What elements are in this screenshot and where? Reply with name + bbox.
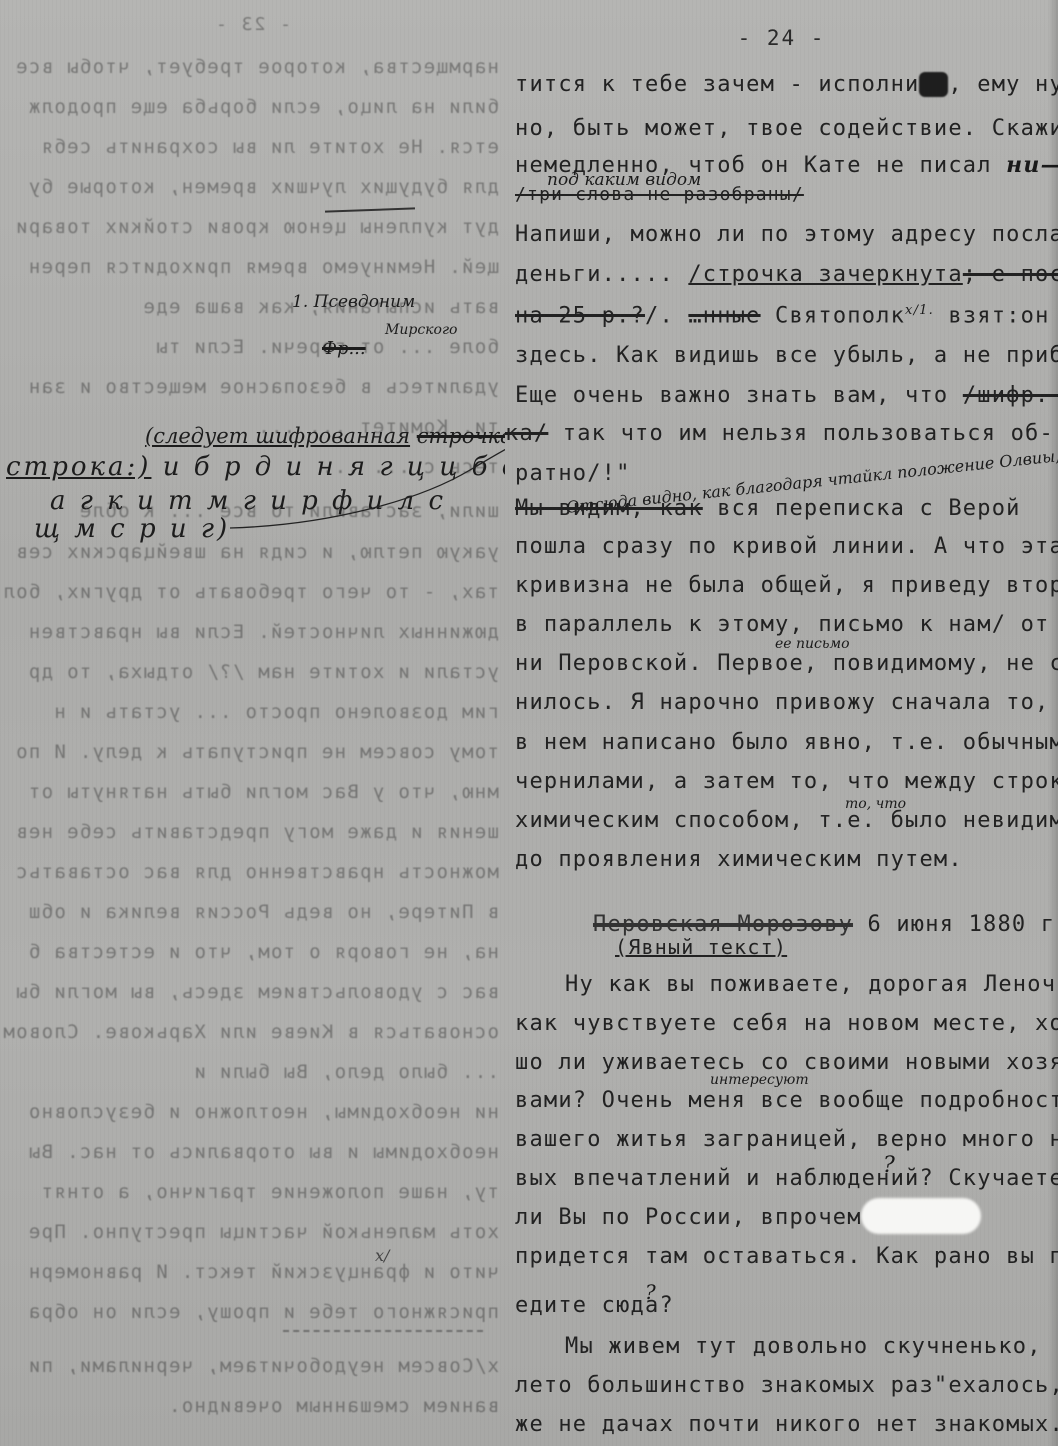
letter-line: вами? Очень меня все вообще подробности bbox=[515, 1088, 1058, 1113]
page-edge-shadow bbox=[1048, 0, 1058, 1446]
text-line: до проявления химическим путем. bbox=[515, 847, 963, 872]
struck-text: Мы видим, как bbox=[515, 496, 703, 521]
line-text: Святополк bbox=[761, 303, 905, 328]
line-text: /. bbox=[645, 303, 688, 328]
struck-heading: Перовская Морозову bbox=[593, 912, 853, 937]
right-page: - 24 - тится к тебе зачем - исполнить, е… bbox=[505, 0, 1058, 1446]
ghost-line: х/Совсем неудобочитаем, чернилами, пи bbox=[28, 1355, 499, 1377]
ghost-line: гим дозволено просто ... устать и н bbox=[53, 701, 499, 723]
line-text: тится к тебе зачем - исполни bbox=[515, 72, 919, 97]
line-text: так что им нельзя пользоваться об- bbox=[548, 421, 1054, 446]
letter-line: же не дачах почти никого нет знакомых. bbox=[515, 1412, 1058, 1437]
text-line: ни Перовской. Первое, повидимому, не сох… bbox=[515, 651, 1058, 676]
right-page-number: - 24 - bbox=[505, 26, 1058, 50]
text-line: в параллель к этому, письмо к нам/ от Со… bbox=[515, 612, 1058, 637]
letter-subtitle-text: (Явный текст) bbox=[615, 935, 787, 959]
cipher-connector-line bbox=[0, 0, 505, 560]
struck-text: /шифр. стро bbox=[963, 383, 1058, 408]
line-tail: , ему нуж bbox=[948, 72, 1058, 97]
text-line: чернилами, а затем то, что между строк - bbox=[515, 769, 1058, 794]
whiteout-damage bbox=[861, 1198, 981, 1234]
ghost-line: ... было дело, Вы были и bbox=[193, 1061, 499, 1083]
ghost-line: вас с удовольствием здесь, вы могли бы bbox=[15, 981, 499, 1003]
line-tail: взят:он уже bbox=[934, 303, 1058, 328]
letter-subtitle: (Явный текст) bbox=[615, 935, 787, 959]
struck-text: …нные bbox=[688, 303, 760, 328]
text-line: ратно/!" bbox=[515, 461, 631, 486]
ghost-line: ту, наше положение трагично, а отнят bbox=[40, 1181, 499, 1203]
handwritten-above-line: ее письмо bbox=[775, 636, 850, 652]
ghost-line: ни необходимы, неотложно и безусловно bbox=[28, 1101, 499, 1123]
text-line: Напиши, можно ли по этому адресу послать bbox=[515, 222, 1058, 247]
dashed-rule bbox=[283, 1330, 483, 1332]
letter-line: Мы живем тут довольно скучненько, на bbox=[565, 1334, 1058, 1359]
margin-mark: x/ bbox=[375, 1246, 389, 1265]
text-line: деньги..... /строчка зачеркнута; е посы- bbox=[515, 262, 1058, 287]
ghost-line: тому совсем не приступать к делу. И по bbox=[15, 741, 499, 763]
text-line: кривизна не была общей, я приведу второе bbox=[515, 573, 1058, 598]
letter-line: вашего житья заграницей, верно много но- bbox=[515, 1127, 1058, 1152]
text-line: в нем написано было явно, т.е. обычными bbox=[515, 730, 1058, 755]
struck-typed-line: /три слова не разобраны/ bbox=[515, 184, 804, 205]
text-line: ка/ так что им нельзя пользоваться об- bbox=[505, 421, 1054, 446]
letter-heading: Перовская Морозову 6 июня 1880 г. bbox=[593, 912, 1058, 937]
ghost-line: на, не говоря о том, что и естества б bbox=[28, 941, 499, 963]
struck-text: ; е посы- bbox=[963, 262, 1058, 287]
letter-line: вых впечатлений и наблюдений? Скучаете bbox=[515, 1166, 1058, 1191]
text-line: пошла сразу по кривой линии. А что эта bbox=[515, 534, 1058, 559]
letter-line: лето большинство знакомых раз"ехалось, д… bbox=[515, 1373, 1058, 1398]
handwritten-insertion: интересуют bbox=[710, 1072, 809, 1088]
letter-line: придется там оставаться. Как рано вы при… bbox=[515, 1244, 1058, 1269]
text-line: нилось. Я нарочно привожу сначала то, чт… bbox=[515, 690, 1058, 715]
ghost-line: присяжного тебе и прошу, если он обра bbox=[28, 1301, 499, 1323]
text-line: Еще очень важно знать вам, что /шифр. ст… bbox=[515, 383, 1058, 408]
ghost-line: шения и даже могу представить себе нев bbox=[15, 821, 499, 843]
scanned-document-sheet: - 23 - нармщества, которое требует, чтоб… bbox=[0, 0, 1058, 1446]
letter-line: как чувствуете себя на новом месте, хоро… bbox=[515, 1011, 1058, 1036]
struck-text: на 25 р.? bbox=[515, 303, 645, 328]
text-line: тится к тебе зачем - исполнить, ему нуж bbox=[515, 72, 1058, 97]
ghost-line: мню, что у Вас могли быть натянуты от bbox=[28, 781, 499, 803]
left-page-bleed-through: - 23 - нармщества, которое требует, чтоб… bbox=[0, 0, 505, 1446]
ghost-line: дюжинных личностей. Если вы нравствен bbox=[28, 621, 499, 643]
line-text: вся переписка с Верой bbox=[703, 496, 1021, 521]
text-line: здесь. Как видишь все убыль, а не прибыл… bbox=[515, 343, 1058, 368]
text-line: но, быть может, твое содействие. Скажи е… bbox=[515, 116, 1058, 141]
letter-line: Ну как вы поживаете, дорогая Леночка, bbox=[565, 972, 1058, 997]
letter-date: 6 июня 1880 г. bbox=[867, 912, 1058, 937]
struck-text: ка/ bbox=[505, 421, 548, 446]
ghost-line: в Питере, но ведь Россия велика и обш bbox=[28, 901, 499, 923]
ghost-line: необходимы и вы оторвались от нас. Вы bbox=[28, 1141, 499, 1163]
ghost-line: основаться в Киеве или Харькове. Словом bbox=[2, 1021, 499, 1043]
underlined-text: /строчка зачеркнута bbox=[688, 262, 962, 287]
footnote-mark: x/1. bbox=[905, 303, 934, 318]
text-line: Мы видим, как вся переписка с Верой bbox=[515, 496, 1021, 521]
ghost-line: чито и французский текст. И равномерн bbox=[28, 1261, 499, 1283]
ghost-line: тах, - то чего требовать от других, бол bbox=[2, 581, 499, 603]
ghost-line: хоть маленькой частицы преступно. Пре bbox=[28, 1221, 499, 1243]
ghost-line: можность нравственно для вас оставатьс bbox=[15, 861, 499, 883]
line-text: Еще очень важно знать вам, что bbox=[515, 383, 963, 408]
text-line: химическим способом, т.е. было невидимо bbox=[515, 808, 1058, 833]
ghost-line: ванием смешанным очевидно. bbox=[168, 1395, 499, 1417]
ghost-line: устали и хотите нам /?/ отдыха, то др bbox=[28, 661, 499, 683]
letter-line: едите сюда? bbox=[515, 1293, 674, 1318]
text-line: на 25 р.?/. …нные Святополкx/1. взят:он … bbox=[515, 303, 1058, 328]
ink-blot: ть bbox=[919, 72, 948, 97]
line-text: деньги..... bbox=[515, 262, 688, 287]
